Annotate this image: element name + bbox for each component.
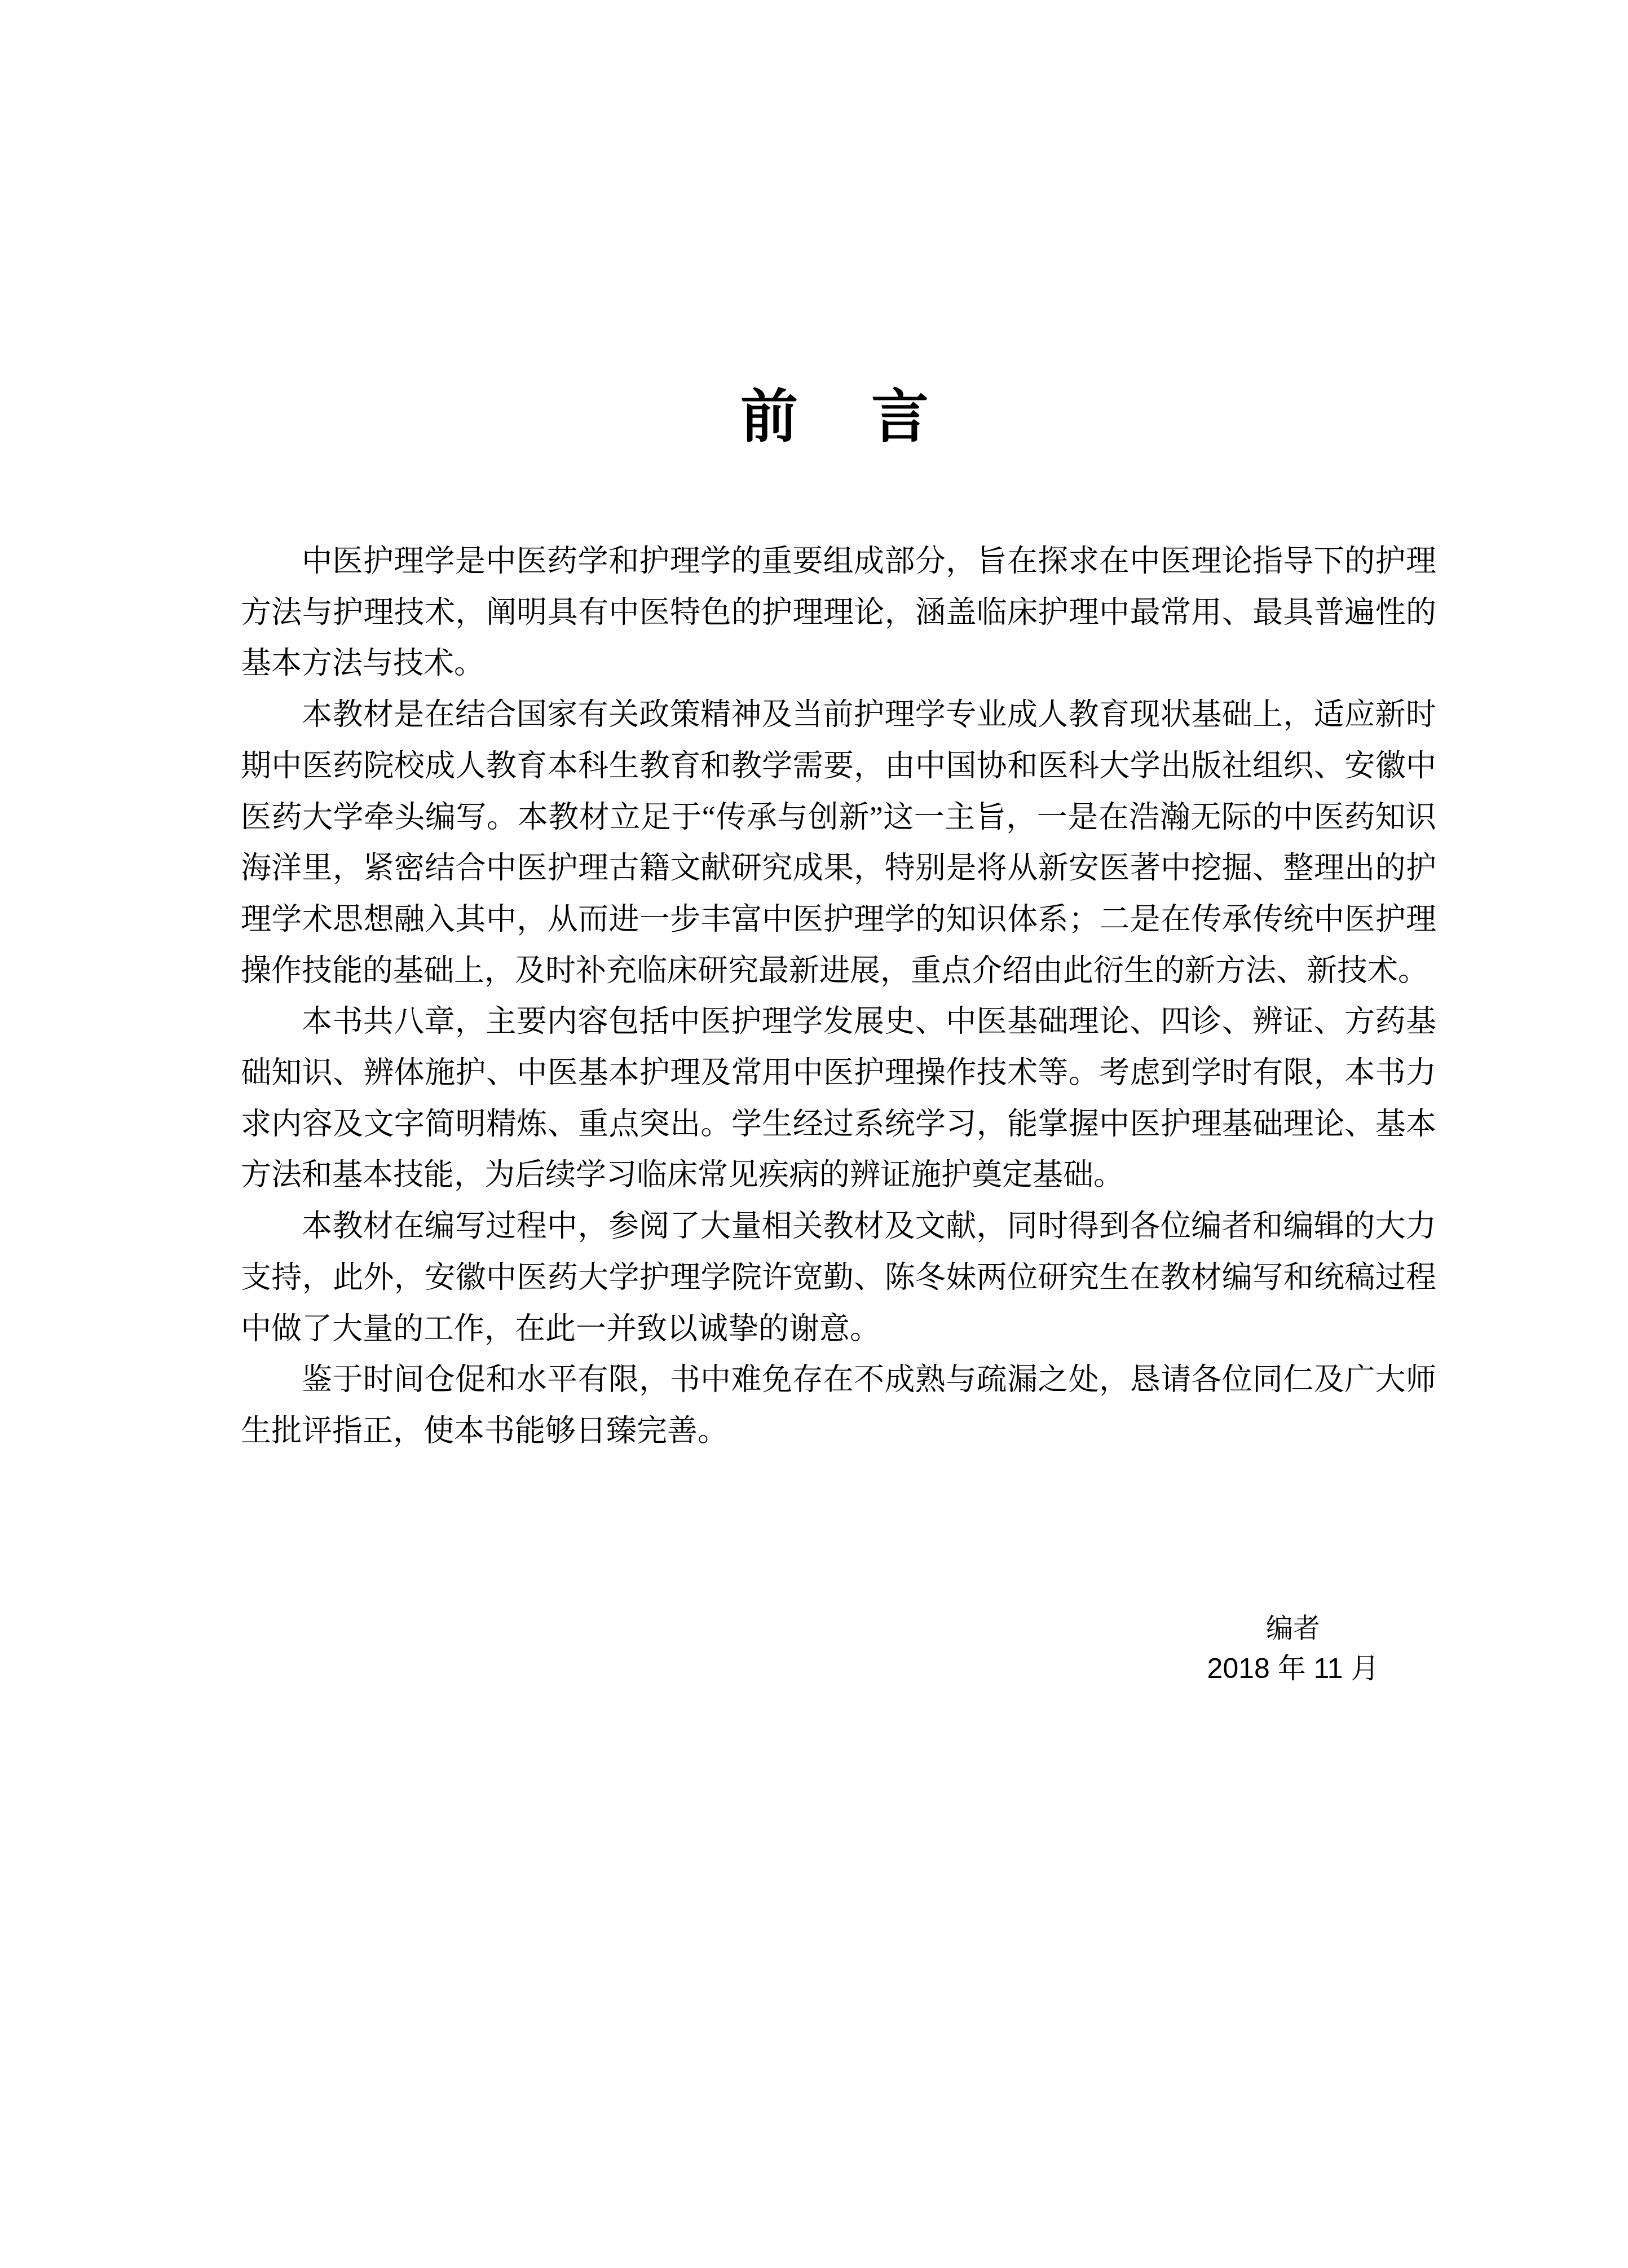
preface-paragraph-2: 本教材是在结合国家有关政策精神及当前护理学专业成人教育现状基础上，适应新时期中医… — [241, 689, 1436, 996]
preface-body: 中医护理学是中医药学和护理学的重要组成部分，旨在探求在中医理论指导下的护理方法与… — [241, 536, 1436, 1457]
preface-paragraph-3: 本书共八章，主要内容包括中医护理学发展史、中医基础理论、四诊、辨证、方药基础知识… — [241, 996, 1436, 1201]
signature-author: 编者 — [1155, 1611, 1431, 1647]
preface-paragraph-4: 本教材在编写过程中，参阅了大量相关教材及文献，同时得到各位编者和编辑的大力支持，… — [241, 1201, 1436, 1354]
page-title: 前 言 — [241, 381, 1436, 455]
preface-paragraph-5: 鉴于时间仓促和水平有限，书中难免存在不成熟与疏漏之处，恳请各位同仁及广大师生批评… — [241, 1354, 1436, 1456]
preface-paragraph-1: 中医护理学是中医药学和护理学的重要组成部分，旨在探求在中医理论指导下的护理方法与… — [241, 536, 1436, 689]
signature-block: 编者 2018 年 11 月 — [1155, 1611, 1431, 1685]
signature-date: 2018 年 11 月 — [1155, 1652, 1431, 1685]
preface-page: 前 言 中医护理学是中医药学和护理学的重要组成部分，旨在探求在中医理论指导下的护… — [0, 0, 1628, 2268]
